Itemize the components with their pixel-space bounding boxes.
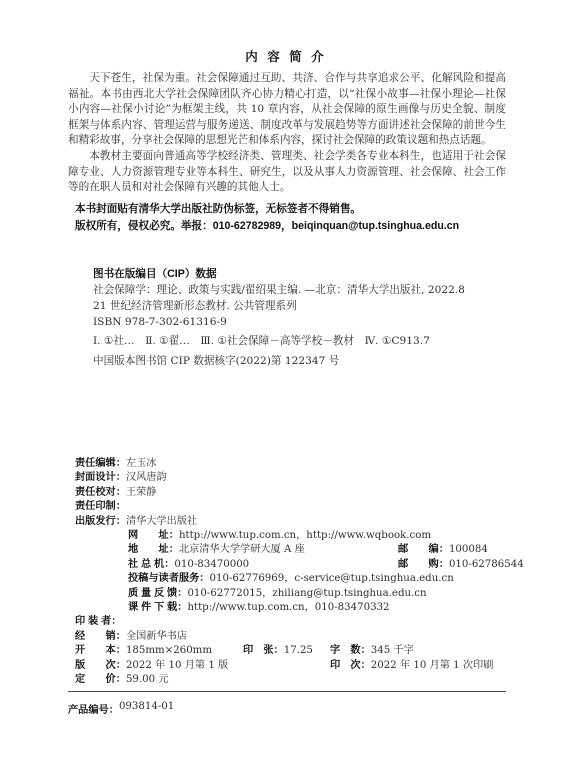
impression-value: 2022 年 10 月第 1 次印刷 bbox=[371, 659, 494, 673]
distributor-label: 经 销： bbox=[75, 630, 126, 644]
switchboard-label: 社 总 机： bbox=[128, 558, 174, 572]
cip-section: 图书在版编目（CIP）数据 社会保障学：理论、政策与实践/翟绍果主编. —北京：… bbox=[93, 266, 508, 369]
printer-row: 印 装 者： bbox=[75, 615, 510, 629]
price-row: 定 价： 59.00 元 bbox=[75, 673, 510, 687]
edition-row: 版 次： 2022 年 10 月第 1 版 印 次： 2022 年 10 月第 … bbox=[75, 659, 510, 673]
divider-rule bbox=[68, 691, 506, 692]
sheets-value: 17.25 bbox=[284, 644, 313, 658]
isbn-line: ISBN 978-7-302-61316-9 bbox=[93, 314, 508, 330]
publication-info: 责任编辑： 左玉冰 封面设计： 汉风唐韵 责任校对： 王荣静 责任印制： 出版发… bbox=[75, 457, 510, 688]
publisher-name: 清华大学出版社 bbox=[126, 515, 197, 529]
postcode-value: 100084 bbox=[449, 543, 488, 557]
cover-design-label: 封面设计： bbox=[75, 471, 126, 485]
format-label: 开 本： bbox=[75, 644, 126, 658]
copyright-page: 内 容 简 介 天下苍生，社保为重。社会保障通过互助、共济、合作与共享追求公平、… bbox=[0, 0, 572, 783]
impression-label: 印 次： bbox=[330, 659, 371, 673]
quality-feedback-row: 质 量 反 馈： 010-62772015，zhiliang@tup.tsing… bbox=[75, 587, 510, 601]
format-value: 185mm×260mm bbox=[126, 644, 212, 658]
quality-feedback-label: 质 量 反 馈： bbox=[128, 587, 187, 601]
word-count-label: 字 数： bbox=[330, 644, 371, 658]
reader-service-value: 010-62776969，c-service@tup.tsinghua.edu.… bbox=[210, 572, 454, 586]
proofreader-row: 责任校对： 王荣静 bbox=[75, 486, 510, 500]
product-number-row: 产品编号： 093814-01 bbox=[68, 701, 174, 716]
responsible-editor-row: 责任编辑： 左玉冰 bbox=[75, 457, 510, 471]
proofreader-value: 王荣静 bbox=[126, 486, 157, 500]
product-number-label: 产品编号： bbox=[68, 701, 119, 716]
publisher-row: 出版发行： 清华大学出版社 bbox=[75, 515, 510, 529]
courseware-download-value: http://www.tup.com.cn，010-83470332 bbox=[187, 601, 389, 615]
responsible-editor-value: 左玉冰 bbox=[126, 457, 157, 471]
mail-order-label: 邮 购： bbox=[398, 558, 449, 572]
courseware-download-row: 课 件 下 载： http://www.tup.com.cn，010-83470… bbox=[75, 601, 510, 615]
cip-title-line: 社会保障学：理论、政策与实践/翟绍果主编. —北京：清华大学出版社, 2022.… bbox=[93, 282, 508, 298]
anti-piracy-notice: 本书封面贴有清华大学出版社防伪标签，无标签者不得销售。 bbox=[75, 201, 506, 218]
mail-order-value: 010-62786544 bbox=[449, 558, 524, 572]
cover-design-row: 封面设计： 汉风唐韵 bbox=[75, 471, 510, 485]
cover-design-value: 汉风唐韵 bbox=[126, 471, 167, 485]
postcode-label: 邮 编： bbox=[398, 543, 449, 557]
courseware-download-label: 课 件 下 载： bbox=[128, 601, 187, 615]
print-supervisor-label: 责任印制： bbox=[75, 500, 126, 514]
cip-header: 图书在版编目（CIP）数据 bbox=[93, 266, 508, 282]
distributor-row: 经 销： 全国新华书店 bbox=[75, 630, 510, 644]
content-summary: 天下苍生，社保为重。社会保障通过互助、共济、合作与共享追求公平、化解风险和提高福… bbox=[68, 71, 506, 196]
infringement-report-notice: 版权所有，侵权必究。举报：010-62782989，beiqinquan@tup… bbox=[75, 218, 506, 235]
intro-paragraph-1: 天下苍生，社保为重。社会保障通过互助、共济、合作与共享追求公平、化解风险和提高福… bbox=[68, 71, 506, 149]
proofreader-label: 责任校对： bbox=[75, 486, 126, 500]
price-value: 59.00 元 bbox=[126, 673, 169, 687]
intro-paragraph-2: 本教材主要面向普通高等学校经济类、管理类、社会学类各专业本科生，也适用于社会保障… bbox=[68, 149, 506, 196]
product-number-value: 093814-01 bbox=[119, 701, 174, 716]
price-label: 定 价： bbox=[75, 673, 126, 687]
publisher-label: 出版发行： bbox=[75, 515, 126, 529]
edition-label: 版 次： bbox=[75, 659, 126, 673]
cip-series-line: 21 世纪经济管理新形态教材. 公共管理系列 bbox=[93, 298, 508, 314]
website-value: http://www.tup.com.cn，http://www.wqbook.… bbox=[179, 529, 431, 543]
reader-service-row: 投稿与读者服务： 010-62776969，c-service@tup.tsin… bbox=[75, 572, 510, 586]
edition-value: 2022 年 10 月第 1 版 bbox=[126, 659, 228, 673]
responsible-editor-label: 责任编辑： bbox=[75, 457, 126, 471]
distributor-value: 全国新华书店 bbox=[126, 630, 187, 644]
website-row: 网 址： http://www.tup.com.cn，http://www.wq… bbox=[75, 529, 510, 543]
format-row: 开 本： 185mm×260mm 印 张： 17.25 字 数： 345 千字 bbox=[75, 644, 510, 658]
cip-registry-number: 中国版本图书馆 CIP 数据核字(2022)第 122347 号 bbox=[93, 353, 508, 369]
address-value: 北京清华大学学研大厦 A 座 bbox=[179, 543, 305, 557]
cip-classification: Ⅰ. ①社… Ⅱ. ①翟… Ⅲ. ①社会保障－高等学校－教材 Ⅳ. ①C913.… bbox=[93, 333, 508, 349]
sheets-label: 印 张： bbox=[243, 644, 284, 658]
switchboard-row: 社 总 机： 010-83470000 邮 购： 010-62786544 bbox=[75, 558, 510, 572]
copyright-notice-block: 本书封面贴有清华大学出版社防伪标签，无标签者不得销售。 版权所有，侵权必究。举报… bbox=[75, 201, 506, 235]
word-count-value: 345 千字 bbox=[371, 644, 414, 658]
switchboard-value: 010-83470000 bbox=[174, 558, 249, 572]
address-row: 地 址： 北京清华大学学研大厦 A 座 邮 编： 100084 bbox=[75, 543, 510, 557]
website-label: 网 址： bbox=[128, 529, 179, 543]
print-supervisor-row: 责任印制： bbox=[75, 500, 510, 514]
address-label: 地 址： bbox=[128, 543, 179, 557]
quality-feedback-value: 010-62772015，zhiliang@tup.tsinghua.edu.c… bbox=[187, 587, 426, 601]
reader-service-label: 投稿与读者服务： bbox=[128, 572, 210, 586]
printer-label: 印 装 者： bbox=[75, 615, 121, 629]
content-summary-title: 内 容 简 介 bbox=[0, 47, 572, 65]
